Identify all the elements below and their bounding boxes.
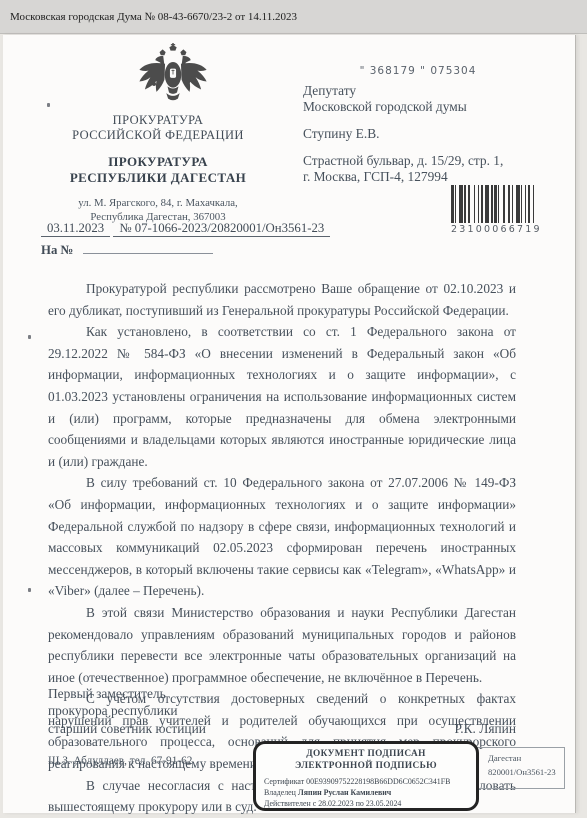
letter-date: 03.11.2023	[41, 221, 110, 237]
reference-label: На №	[41, 243, 73, 257]
electronic-signature-stamp: ДОКУМЕНТ ПОДПИСАН ЭЛЕКТРОННОЙ ПОДПИСЬЮ С…	[253, 741, 479, 811]
esign-validity-line: Действителен с 28.02.2023 по 23.05.2024	[264, 798, 468, 809]
partial-stamp-line2: 820001/Он3561-23	[488, 765, 564, 779]
esign-owner-label: Владелец	[264, 788, 296, 797]
org-federation-line2: РОССИЙСКОЙ ФЕДЕРАЦИИ	[43, 128, 273, 143]
org-federation-line1: ПРОКУРАТУРА	[43, 113, 273, 128]
scanned-letter-page: ПРОКУРАТУРА РОССИЙСКОЙ ФЕДЕРАЦИИ ПРОКУРА…	[3, 35, 576, 813]
outgoing-number-line: 03.11.2023 № 07-1066-2023/20820001/Он356…	[41, 221, 330, 236]
viewer-header: Московская городская Дума № 08-43-6670/2…	[0, 0, 587, 34]
recipient-name: Ступину Е.В.	[303, 126, 543, 142]
org-address-line1: ул. М. Ярагского, 84, г. Махачкала,	[43, 196, 273, 210]
paragraph-2: Как установлено, в соответствии со ст. 1…	[48, 321, 516, 472]
paragraph-1: Прокуратурой республики рассмотрено Ваше…	[48, 278, 516, 321]
esign-title-line1: ДОКУМЕНТ ПОДПИСАН	[264, 749, 468, 761]
esign-owner-line: Владелец Ляпин Руслан Камилевич	[264, 787, 468, 798]
letterhead: ПРОКУРАТУРА РОССИЙСКОЙ ФЕДЕРАЦИИ ПРОКУРА…	[43, 113, 273, 224]
signer-position-line1: Первый заместитель	[48, 685, 178, 702]
barcode-block: 23100066719	[451, 185, 561, 235]
signer-position: Первый заместитель прокурора республики	[48, 685, 178, 719]
signer-rank: старший советник юстиции	[48, 721, 206, 737]
paragraph-4: В этой связи Министерство образования и …	[48, 602, 516, 688]
esign-valid-from: 28.02.2023	[318, 799, 354, 808]
recipient-block: Депутату Московской городской думы Ступи…	[303, 83, 543, 196]
executor-contact: Ш.З. Абдуллаев, тел. 67-91-62	[48, 755, 192, 767]
signer-position-line2: прокурора республики	[48, 702, 178, 719]
paragraph-3: В силу требований ст. 10 Федерального за…	[48, 472, 516, 602]
recipient-address-line2: г. Москва, ГСП-4, 127994	[303, 169, 543, 185]
esign-certificate-line: Сертификат 00E93909752228198B66DD6C0652C…	[264, 776, 468, 787]
scan-artifact-dot	[47, 103, 50, 107]
recipient-title: Депутату	[303, 83, 543, 99]
scan-artifact-dot	[28, 588, 31, 592]
registration-stamp-numbers: " 368179 " 075304	[303, 65, 533, 77]
org-dagestan-line1: ПРОКУРАТУРА	[43, 154, 273, 170]
signer-name: Р.К. Ляпин	[455, 721, 517, 737]
partial-stamp-line1: Дагестан	[488, 751, 564, 765]
org-dagestan-line2: РЕСПУБЛИКИ ДАГЕСТАН	[43, 170, 273, 186]
esign-title-line2: ЭЛЕКТРОННОЙ ПОДПИСЬЮ	[264, 761, 468, 773]
reference-blank-line	[83, 253, 213, 254]
letter-number: № 07-1066-2023/20820001/Он3561-23	[113, 221, 330, 237]
barcode-image	[451, 185, 561, 223]
esign-valid-to: 23.05.2024	[366, 799, 402, 808]
barcode-number: 23100066719	[451, 224, 561, 235]
esign-valid-mid: по	[356, 799, 364, 808]
recipient-address-line1: Страстной бульвар, д. 15/29, стр. 1,	[303, 153, 543, 169]
viewer-header-title: Московская городская Дума № 08-43-6670/2…	[10, 11, 297, 23]
recipient-org: Московской городской думы	[303, 99, 543, 115]
esign-valid-prefix: Действителен с	[264, 799, 316, 808]
esign-cert-label: Сертификат	[264, 777, 304, 786]
signature-row: старший советник юстиции Р.К. Ляпин	[48, 721, 516, 737]
esign-cert-value: 00E93909752228198B66DD6C0652C341FB	[306, 777, 450, 786]
reference-number-line: На №	[41, 243, 213, 258]
scan-artifact-dot	[28, 335, 31, 339]
esign-owner-value: Ляпин Руслан Камилевич	[298, 788, 391, 797]
russian-coat-of-arms-icon	[136, 43, 210, 109]
